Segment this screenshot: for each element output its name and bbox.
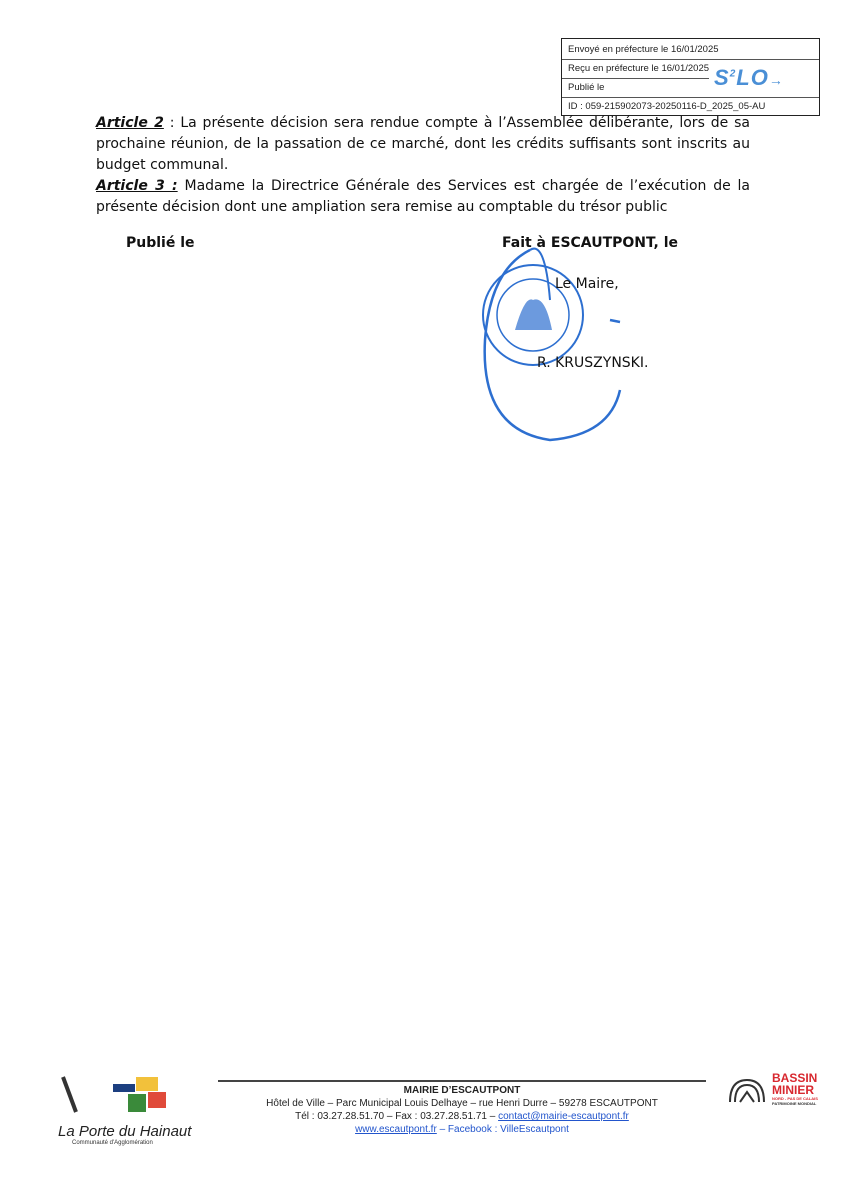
stamp-received: Reçu en préfecture le 16/01/2025 <box>568 63 709 74</box>
email-link[interactable]: contact@mairie-escautpont.fr <box>498 1111 629 1122</box>
mairie-seal-icon <box>470 240 640 450</box>
article-3: Article 3 : Madame la Directrice Général… <box>96 176 750 218</box>
mayor-name: R. KRUSZYNSKI. <box>537 355 648 371</box>
la-porte-du-hainaut-logo: La Porte du Hainaut Communauté d'Agglomé… <box>58 1072 218 1142</box>
footer-contact: Tél : 03.27.28.51.70 – Fax : 03.27.28.51… <box>218 1111 706 1122</box>
left-logo-subtitle: Communauté d'Agglomération <box>72 1140 218 1146</box>
footer-title: MAIRIE D’ESCAUTPONT <box>218 1085 706 1096</box>
stamp-sent: Envoyé en préfecture le 16/01/2025 <box>568 44 719 55</box>
prefecture-stamp: Envoyé en préfecture le 16/01/2025 Reçu … <box>561 38 820 116</box>
article-2-label: Article 2 <box>96 115 164 131</box>
fingerprint-icon <box>726 1074 768 1110</box>
footer-web: www.escautpont.fr – Facebook : VilleEsca… <box>218 1124 706 1135</box>
article-3-text: Madame la Directrice Générale des Servic… <box>96 178 750 215</box>
article-2: Article 2 : La présente décision sera re… <box>96 113 750 176</box>
s2lo-logo: S2LO→ <box>714 65 784 91</box>
published-label: Publié le <box>126 235 195 251</box>
facebook-text: – Facebook : VilleEscautpont <box>437 1124 569 1135</box>
article-3-label: Article 3 : <box>96 178 178 194</box>
footer-divider <box>218 1080 706 1082</box>
left-logo-name: La Porte du Hainaut <box>58 1123 218 1140</box>
website-link[interactable]: www.escautpont.fr <box>355 1124 437 1135</box>
done-at: Fait à ESCAUTPONT, le <box>502 235 678 251</box>
stamp-published: Publié le <box>568 82 604 93</box>
bassin-minier-logo: BASSIN MINIER NORD - PAS DE CALAIS PATRI… <box>726 1072 826 1112</box>
article-2-text: La présente décision sera rendue compte … <box>96 115 750 173</box>
mayor-role: Le Maire, <box>555 276 619 292</box>
stamp-id: ID : 059-215902073-20250116-D_2025_05-AU <box>568 101 765 112</box>
footer-address: Hôtel de Ville – Parc Municipal Louis De… <box>218 1098 706 1109</box>
